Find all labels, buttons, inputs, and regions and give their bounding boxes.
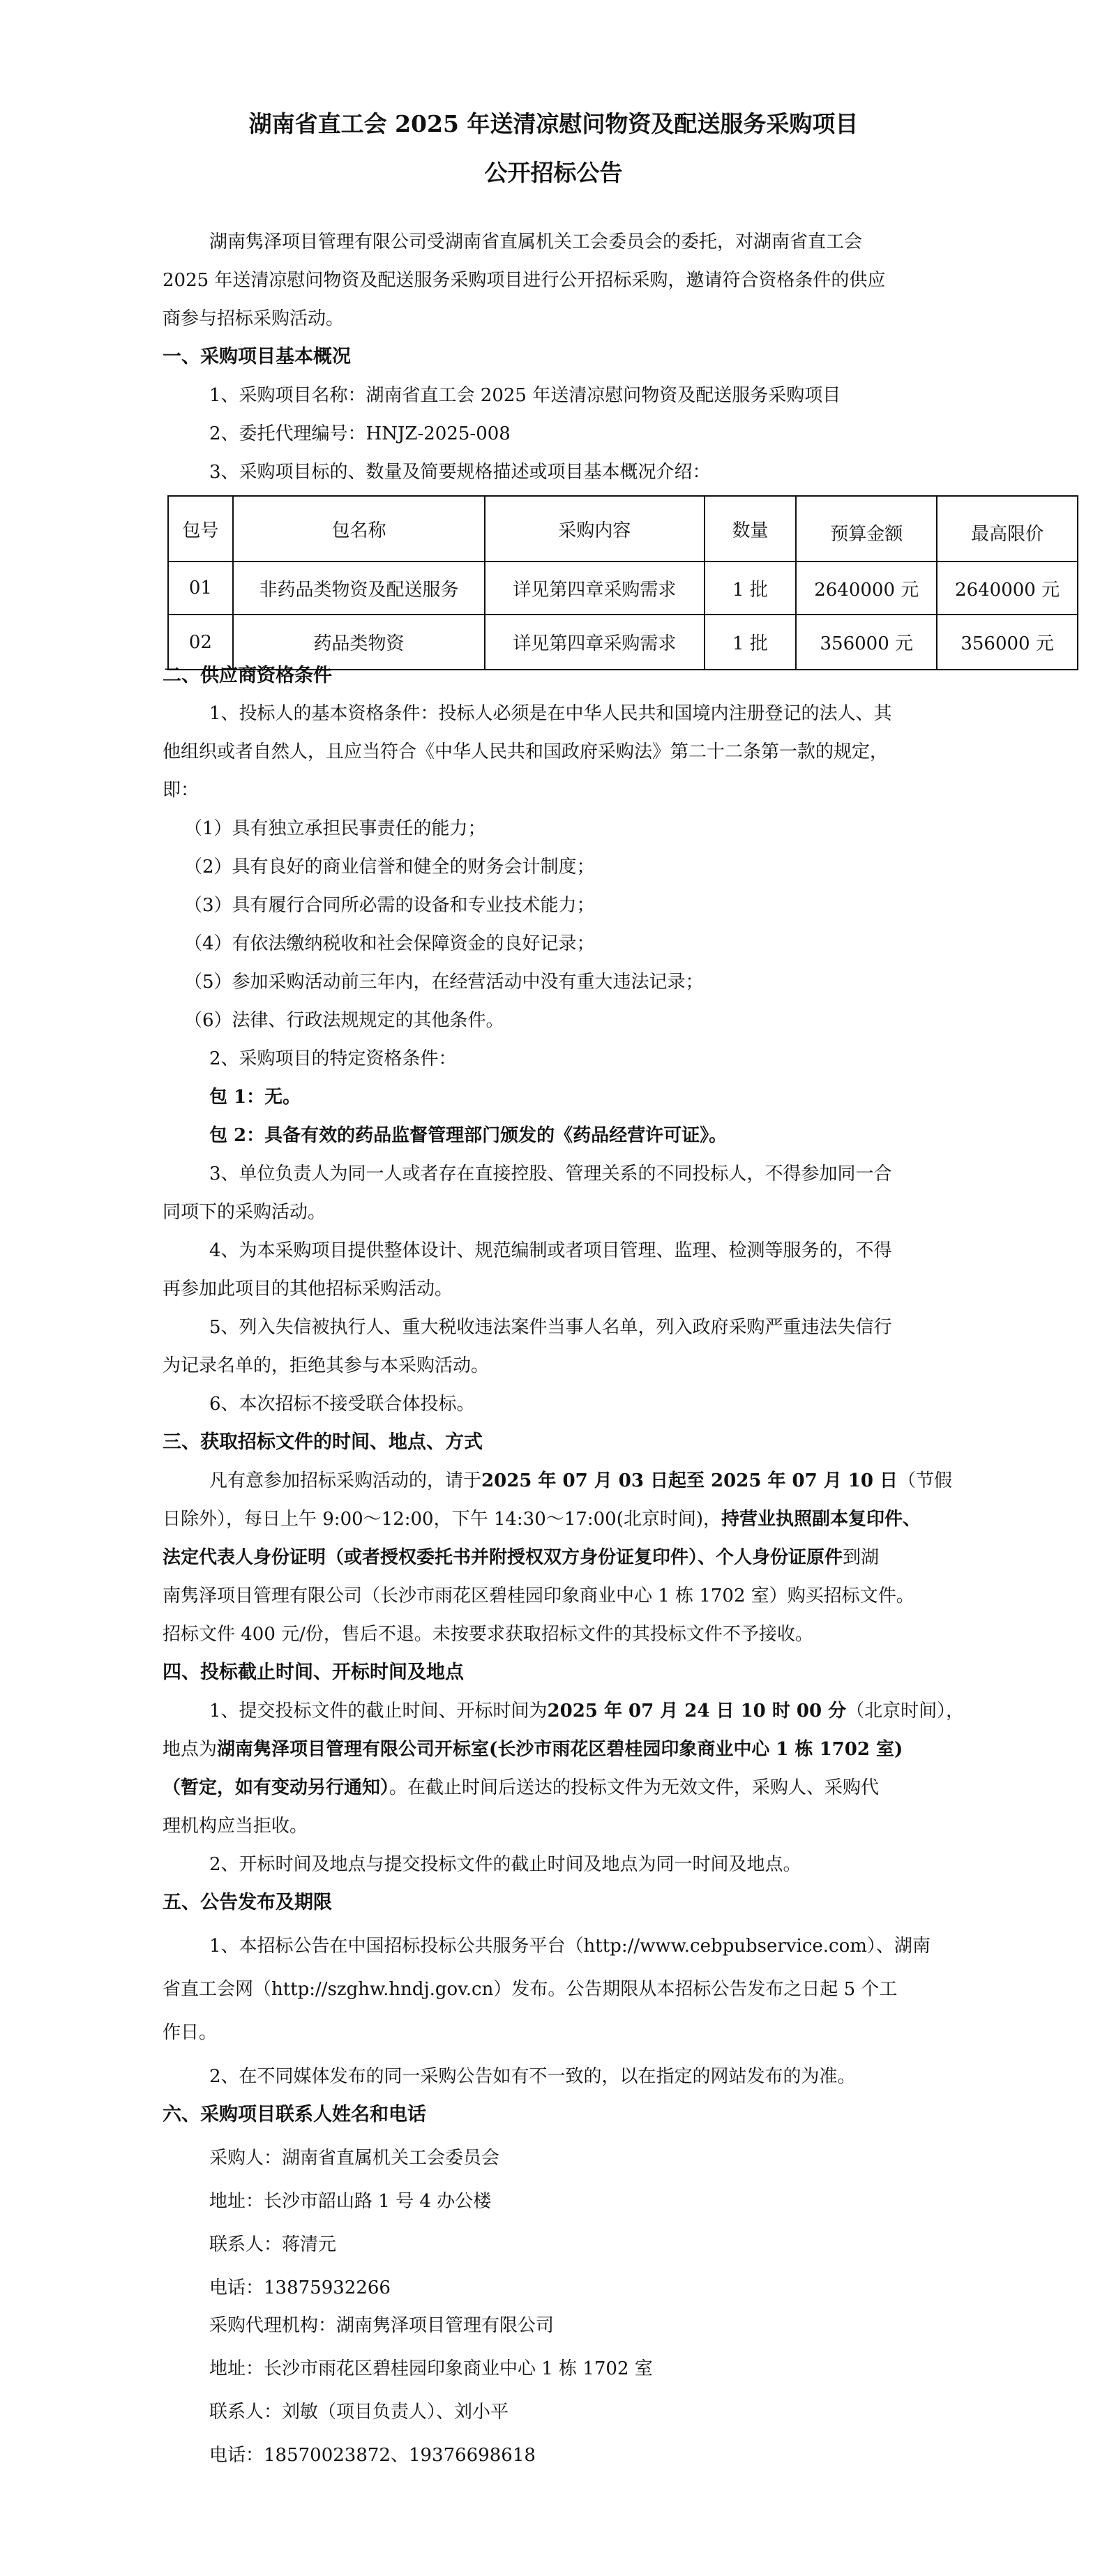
package-1-requirement: 包 1：无。: [209, 1085, 1107, 1109]
paragraph-line: 省直工会网（http://szghw.hndj.gov.cn）发布。公告期限从本…: [163, 1978, 1083, 2001]
cell-max-price: 356000 元: [937, 615, 1078, 670]
paragraph-line: 4、为本采购项目提供整体设计、规范编制或者项目管理、监理、检测等服务的，不得: [209, 1239, 1107, 1263]
text: （节假: [898, 1470, 952, 1491]
text: 1、提交投标文件的截止时间、开标时间为: [209, 1701, 548, 1722]
text: 地点为: [163, 1739, 217, 1760]
section-heading-5: 五、公告发布及期限: [163, 1891, 1083, 1915]
cell-budget: 356000 元: [796, 615, 937, 670]
purchaser-contact: 联系人：蒋清元: [209, 2233, 1107, 2257]
project-name: 1、采购项目名称：湖南省直工会 2025 年送清凉慰问物资及配送服务采购项目: [209, 384, 1107, 407]
paragraph-line: 同项下的采购活动。: [163, 1200, 1083, 1224]
section-heading-4: 四、投标截止时间、开标时间及地点: [163, 1661, 1083, 1685]
table-row: 01 非药品类物资及配送服务 详见第四章采购需求 1 批 2640000 元 2…: [168, 562, 1078, 615]
qualification-item: （6）法律、行政法规规定的其他条件。: [184, 1009, 1105, 1032]
cell-package-no: 01: [168, 562, 233, 615]
cell-package-name: 药品类物资: [233, 615, 485, 670]
agency-phone: 电话：18570023872、19376698618: [209, 2443, 1107, 2467]
qualification-item: （4）有依法缴纳税收和社会保障资金的良好记录；: [184, 932, 1105, 956]
document-title: 湖南省直工会 2025 年送清凉慰问物资及配送服务采购项目: [0, 106, 1107, 139]
section-heading-3: 三、获取招标文件的时间、地点、方式: [163, 1431, 1083, 1454]
cell-max-price: 2640000 元: [937, 562, 1078, 615]
cell-quantity: 1 批: [705, 562, 797, 615]
qualification-item: （5）参加采购活动前三年内，在经营活动中没有重大违法记录；: [184, 970, 1105, 994]
cell-budget: 2640000 元: [796, 562, 937, 615]
cell-package-no: 02: [168, 615, 233, 670]
paragraph-line: 凡有意参加招标采购活动的，请于2025 年 07 月 03 日起至 2025 年…: [209, 1469, 1107, 1493]
qualification-item: （1）具有独立承担民事责任的能力；: [184, 817, 1105, 841]
paragraph-line: 1、提交投标文件的截止时间、开标时间为2025 年 07 月 24 日 10 时…: [209, 1699, 1107, 1723]
intro-paragraph-line: 湖南隽泽项目管理有限公司受湖南省直属机关工会委员会的委托，对湖南省直工会: [209, 230, 1107, 254]
intro-paragraph-line: 商参与招标采购活动。: [163, 307, 1083, 331]
agency-number: 2、委托代理编号：HNJZ-2025-008: [209, 422, 1107, 446]
header-content: 采购内容: [485, 496, 704, 562]
section-heading-6: 六、采购项目联系人姓名和电话: [163, 2103, 1083, 2127]
text: 日除外），每日上午 9:00～12:00，下午 14:30～17:00(北京时间…: [163, 1509, 721, 1530]
header-package-name: 包名称: [233, 496, 485, 562]
paragraph-line: （暂定，如有变动另行通知）。在截止时间后送达的投标文件为无效文件，采购人、采购代: [163, 1776, 1083, 1800]
package-2-requirement: 包 2：具备有效的药品监督管理部门颁发的《药品经营许可证》。: [209, 1124, 1107, 1147]
section-heading-1: 一、采购项目基本概况: [163, 345, 1083, 369]
paragraph-line: 理机构应当拒收。: [163, 1814, 1083, 1838]
text: （北京时间），: [846, 1701, 964, 1722]
text: 凡有意参加招标采购活动的，请于: [209, 1470, 481, 1491]
paragraph-line: 5、列入失信被执行人、重大税收违法案件当事人名单，列入政府采购严重违法失信行: [209, 1316, 1107, 1339]
cell-content: 详见第四章采购需求: [485, 562, 704, 615]
paragraph-line: 为记录名单的，拒绝其参与本采购活动。: [163, 1354, 1083, 1378]
paragraph-line: 2、采购项目的特定资格条件：: [209, 1047, 1107, 1071]
paragraph-line: 南隽泽项目管理有限公司（长沙市雨花区碧桂园印象商业中心 1 栋 1702 室）购…: [163, 1584, 1083, 1608]
purchaser-name: 采购人：湖南省直属机关工会委员会: [209, 2146, 1107, 2170]
paragraph-line: 地点为湖南隽泽项目管理有限公司开标室(长沙市雨花区碧桂园印象商业中心 1 栋 1…: [163, 1738, 1083, 1761]
paragraph-line: 2、开标时间及地点与提交投标文件的截止时间及地点为同一时间及地点。: [209, 1853, 1107, 1876]
deadline-datetime: 2025 年 07 月 24 日 10 时 00 分: [548, 1701, 847, 1722]
header-quantity: 数量: [705, 496, 797, 562]
agency-contact: 联系人：刘敏（项目负责人）、刘小平: [209, 2400, 1107, 2424]
paragraph-line: 2、在不同媒体发布的同一采购公告如有不一致的，以在指定的网站发布的为准。: [209, 2065, 1107, 2088]
cell-content: 详见第四章采购需求: [485, 615, 704, 670]
opening-location: 湖南隽泽项目管理有限公司开标室(长沙市雨花区碧桂园印象商业中心 1 栋 1702…: [217, 1739, 903, 1760]
paragraph-line: 他组织或者自然人，且应当符合《中华人民共和国政府采购法》第二十二条第一款的规定，: [163, 740, 1083, 764]
paragraph-line: 日除外），每日上午 9:00～12:00，下午 14:30～17:00(北京时间…: [163, 1507, 1083, 1531]
header-budget: 预算金额: [796, 496, 937, 562]
cell-package-name: 非药品类物资及配送服务: [233, 562, 485, 615]
text: 。在截止时间后送达的投标文件为无效文件，采购人、采购代: [389, 1777, 879, 1798]
section-heading-2: 二、供应商资格条件: [163, 664, 1083, 688]
intro-paragraph-line: 2025 年送清凉慰问物资及配送服务采购项目进行公开招标采购，邀请符合资格条件的…: [163, 269, 1083, 292]
table-header-row: 包号 包名称 采购内容 数量 预算金额 最高限价: [168, 496, 1078, 562]
required-documents: 法定代表人身份证明（或者授权委托书并附授权双方身份证复印件）、个人身份证原件: [163, 1547, 843, 1568]
agency-address: 地址：长沙市雨花区碧桂园印象商业中心 1 栋 1702 室: [209, 2357, 1107, 2381]
paragraph-line: 再参加此项目的其他招标采购活动。: [163, 1277, 1083, 1301]
paragraph-line: 即：: [163, 778, 1083, 802]
paragraph-line: 作日。: [163, 2021, 1083, 2044]
table-row: 02 药品类物资 详见第四章采购需求 1 批 356000 元 356000 元: [168, 615, 1078, 670]
purchaser-phone: 电话：13875932266: [209, 2276, 1107, 2300]
project-description-label: 3、采购项目标的、数量及简要规格描述或项目基本概况介绍：: [209, 460, 1107, 484]
required-documents: 持营业执照副本复印件、: [721, 1509, 921, 1530]
tentative-note: （暂定，如有变动另行通知）: [163, 1777, 389, 1798]
paragraph-line: 1、本招标公告在中国招标投标公共服务平台（http://www.cebpubse…: [209, 1934, 1107, 1958]
header-package-no: 包号: [168, 496, 233, 562]
date-range: 2025 年 07 月 03 日起至 2025 年 07 月 10 日: [481, 1470, 898, 1491]
agency-name: 采购代理机构：湖南隽泽项目管理有限公司: [209, 2314, 1107, 2337]
paragraph-line: 6、本次招标不接受联合体投标。: [209, 1392, 1107, 1416]
qualification-item: （2）具有良好的商业信誉和健全的财务会计制度；: [184, 855, 1105, 879]
header-max-price: 最高限价: [937, 496, 1078, 562]
paragraph-line: 法定代表人身份证明（或者授权委托书并附授权双方身份证复印件）、个人身份证原件到湖: [163, 1546, 1083, 1569]
qualification-item: （3）具有履行合同所必需的设备和专业技术能力；: [184, 894, 1105, 917]
purchaser-address: 地址：长沙市韶山路 1 号 4 办公楼: [209, 2190, 1107, 2213]
text: 到湖: [843, 1547, 879, 1568]
cell-quantity: 1 批: [705, 615, 797, 670]
paragraph-line: 1、投标人的基本资格条件：投标人必须是在中华人民共和国境内注册登记的法人、其: [209, 702, 1107, 725]
package-table: 包号 包名称 采购内容 数量 预算金额 最高限价 01 非药品类物资及配送服务 …: [167, 495, 1078, 670]
paragraph-line: 3、单位负责人为同一人或者存在直接控股、管理关系的不同投标人，不得参加同一合: [209, 1162, 1107, 1186]
document-subtitle: 公开招标公告: [0, 155, 1107, 188]
paragraph-line: 招标文件 400 元/份，售后不退。未按要求获取招标文件的其投标文件不予接收。: [163, 1622, 1083, 1646]
